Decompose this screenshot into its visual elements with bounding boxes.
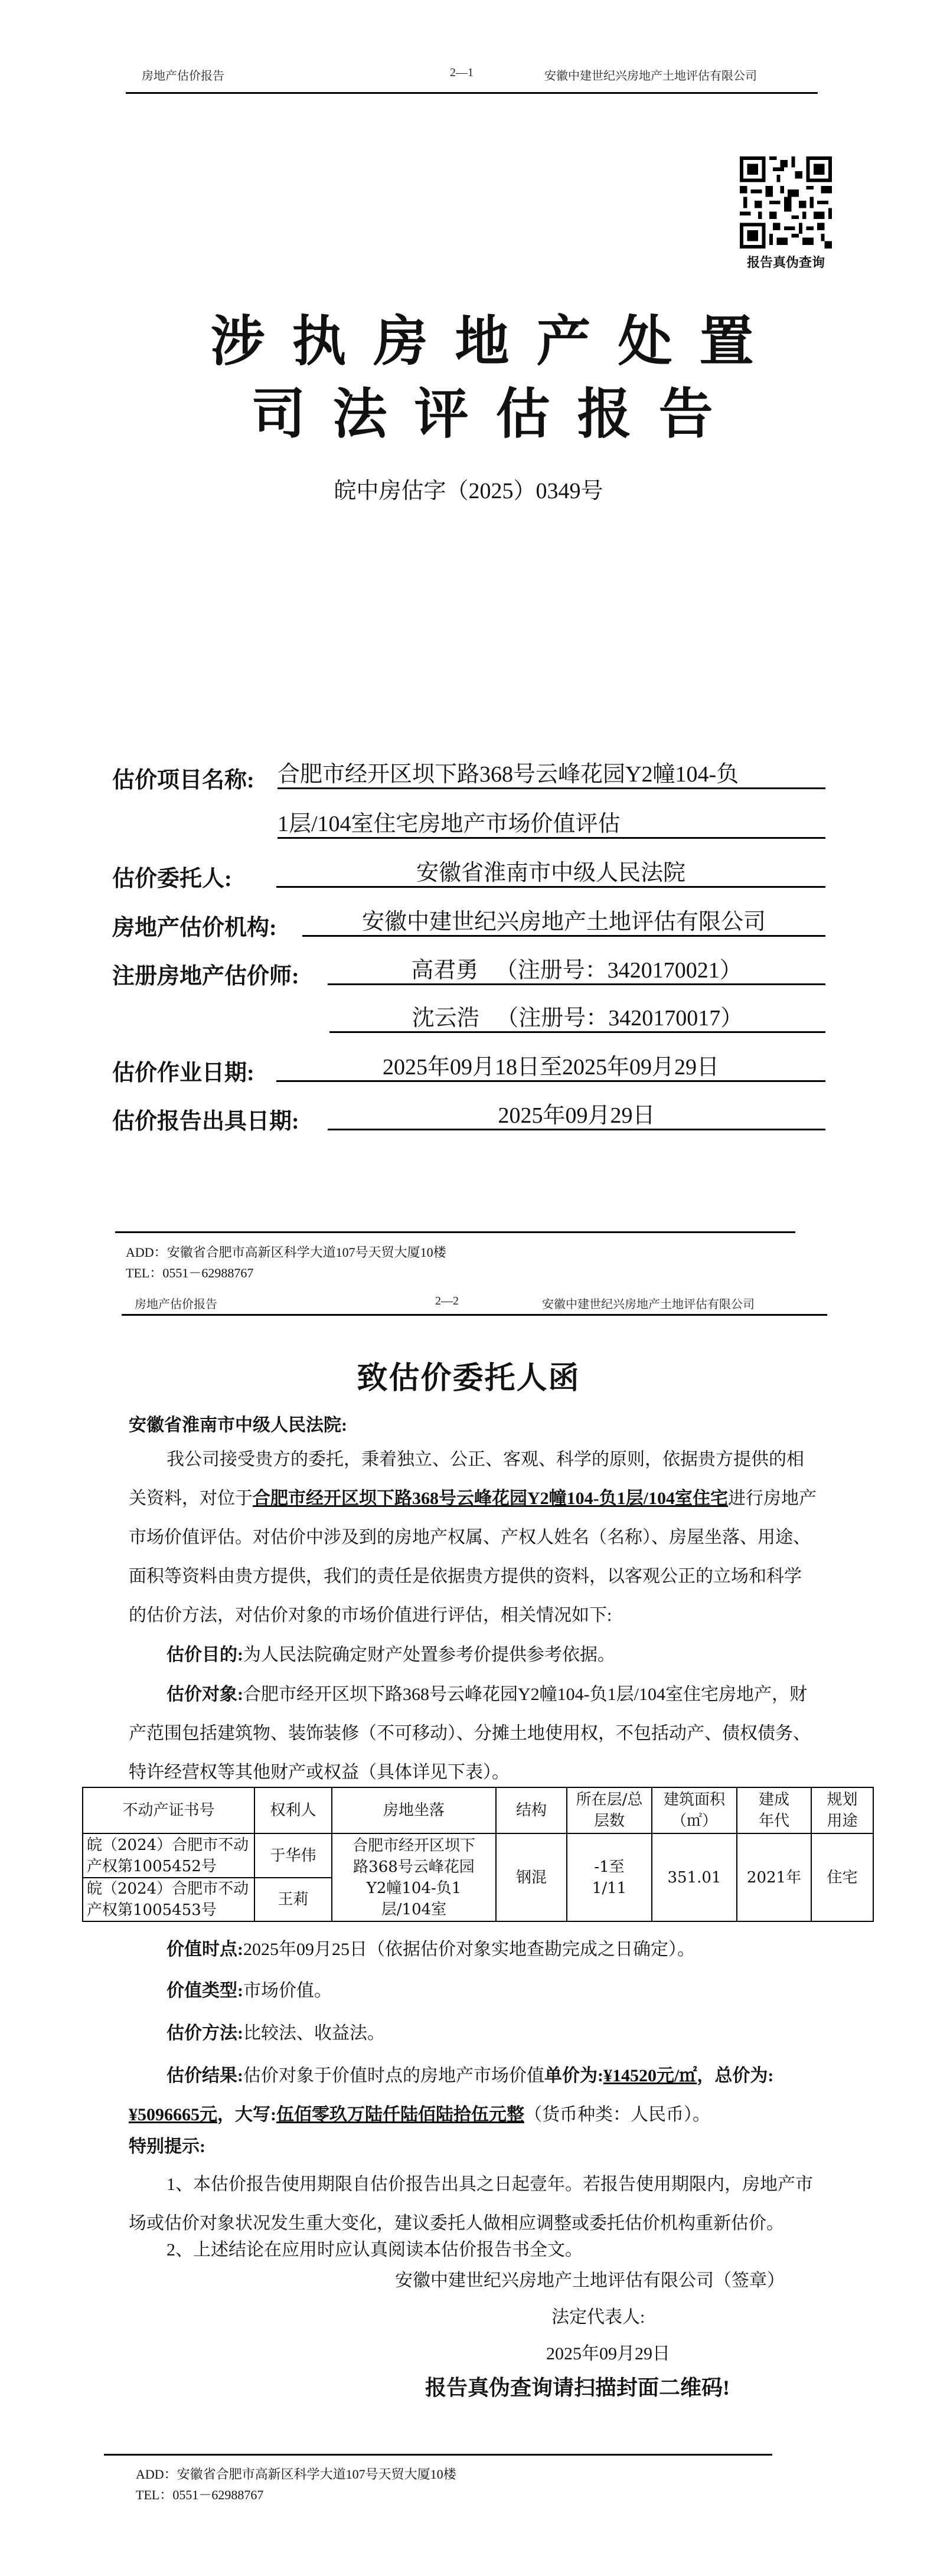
letter-title: 致估价委托人函: [0, 1353, 937, 1397]
owner: 于华伟: [254, 1833, 332, 1878]
project-name-value-line2: 1层/104室住宅房地产市场价值评估: [277, 811, 825, 839]
owner: 王莉: [254, 1878, 332, 1921]
property-table: 不动产证书号 权利人 房地坐落 结构 所在层/总层数 建筑面积（㎡） 建成年代 …: [82, 1787, 874, 1922]
footer-phone: TEL：0551－62988767: [136, 2485, 263, 2503]
client-label: 估价委托人:: [112, 860, 232, 893]
location: 合肥市经开区坝下路368号云峰花园Y2幢104-负1层/104室: [332, 1833, 496, 1921]
col-header: 建成年代: [737, 1787, 811, 1833]
issue-date-label: 估价报告出具日期:: [112, 1103, 299, 1135]
col-header: 权利人: [254, 1787, 332, 1833]
project-name-value-line1: 合肥市经开区坝下路368号云峰花园Y2幢104-负: [277, 761, 825, 789]
area: 351.01: [652, 1833, 737, 1921]
header-rule: [126, 92, 818, 94]
col-header: 规划用途: [811, 1787, 873, 1833]
method-paragraph: 估价方法:比较法、收益法。: [129, 2014, 818, 2053]
cover-title-line2: 司法评估报告: [0, 371, 937, 449]
unit-price: ¥14520元/㎡: [603, 2066, 697, 2085]
work-date-label: 估价作业日期:: [112, 1054, 254, 1087]
footer-address: ADD：安徽省合肥市高新区科学大道107号天贸大厦10楼: [136, 2464, 456, 2483]
appraiser-2: 沈云浩 （注册号：3420170017）: [329, 1005, 825, 1033]
verify-note: 报告真伪查询请扫描封面二维码!: [425, 2371, 730, 2401]
purpose-label: 估价目的:: [166, 1645, 243, 1665]
total-price: ¥5096665元: [129, 2105, 217, 2124]
appraiser-label: 注册房地产估价师:: [112, 957, 299, 990]
purpose-paragraph: 估价目的:为人民法院确定财产处置参考价提供参考依据。: [129, 1636, 818, 1675]
usage: 住宅: [811, 1833, 873, 1921]
cert-number: 皖（2024）合肥市不动产权第1005453号: [83, 1878, 254, 1921]
col-header: 建筑面积（㎡）: [652, 1787, 737, 1833]
structure: 钢混: [496, 1833, 567, 1921]
notice-title: 特别提示:: [129, 2135, 818, 2159]
header-left: 房地产估价报告: [142, 66, 224, 83]
notice-2: 2、上述结论在应用时应认真阅读本估价报告书全文。: [129, 2237, 818, 2263]
result-paragraph: 估价结果:估价对象于价值时点的房地产市场价值单价为:¥14520元/㎡，总价为:…: [129, 2057, 818, 2134]
legal-representative: 法定代表人:: [551, 2302, 645, 2328]
header-company: 安徽中建世纪兴房地产土地评估有限公司: [544, 66, 757, 83]
issue-date-value: 2025年09月29日: [328, 1103, 825, 1130]
col-header: 房地坐落: [332, 1787, 496, 1833]
project-name-label: 估价项目名称:: [112, 761, 254, 794]
qr-code-icon[interactable]: [740, 156, 832, 249]
document-number: 皖中房估字（2025）0349号: [0, 472, 937, 505]
header-left: 房地产估价报告: [135, 1294, 217, 1312]
qr-verify-label: 报告真伪查询: [732, 253, 840, 271]
header-rule: [122, 1314, 827, 1316]
table-row: 皖（2024）合肥市不动产权第1005452号 于华伟 合肥市经开区坝下路368…: [83, 1833, 873, 1878]
property-address: 合肥市经开区坝下路368号云峰花园Y2幢104-负1层/104室住宅: [253, 1489, 728, 1508]
footer-address: ADD：安徽省合肥市高新区科学大道107号天贸大厦10楼: [126, 1243, 446, 1261]
notice-1: 1、本估价报告使用期限自估价报告出具之日起壹年。若报告使用期限内，房地产市场或估…: [129, 2165, 818, 2243]
header-company: 安徽中建世纪兴房地产土地评估有限公司: [542, 1294, 755, 1312]
appraiser-1: 高君勇 （注册号：3420170021）: [328, 957, 825, 985]
col-header: 所在层/总层数: [567, 1787, 652, 1833]
header-page-number: 2—2: [435, 1294, 459, 1308]
header-page-number: 2—1: [450, 66, 474, 80]
agency-label: 房地产估价机构:: [112, 909, 277, 942]
col-header: 不动产证书号: [83, 1787, 254, 1833]
floor: -1至1/11: [567, 1833, 652, 1921]
build-year: 2021年: [737, 1833, 811, 1921]
col-header: 结构: [496, 1787, 567, 1833]
table-header-row: 不动产证书号 权利人 房地坐落 结构 所在层/总层数 建筑面积（㎡） 建成年代 …: [83, 1787, 873, 1833]
cover-title-line1: 涉执房地产处置: [0, 298, 937, 376]
cert-number: 皖（2024）合肥市不动产权第1005452号: [83, 1833, 254, 1878]
footer-phone: TEL：0551－62988767: [126, 1263, 253, 1282]
object-label: 估价对象:: [166, 1685, 243, 1704]
value-date-paragraph: 价值时点:2025年09月25日（依据估价对象实地查勘完成之日确定）。: [129, 1930, 818, 1969]
salutation: 安徽省淮南市中级人民法院:: [129, 1406, 818, 1445]
signature-company: 安徽中建世纪兴房地产土地评估有限公司（签章）: [395, 2266, 785, 2291]
client-value: 安徽省淮南市中级人民法院: [276, 860, 825, 888]
signature-date: 2025年09月29日: [546, 2339, 670, 2365]
object-paragraph: 估价对象:合肥市经开区坝下路368号云峰花园Y2幢104-负1层/104室住宅房…: [129, 1675, 818, 1792]
value-type-paragraph: 价值类型:市场价值。: [129, 1972, 818, 2011]
footer-rule: [115, 1231, 795, 1233]
agency-value: 安徽中建世纪兴房地产土地评估有限公司: [302, 909, 825, 937]
footer-rule: [104, 2454, 772, 2456]
total-price-in-words: 伍佰零玖万陆仟陆佰陆拾伍元整: [276, 2105, 524, 2124]
intro-paragraph: 我公司接受贵方的委托，秉着独立、公正、客观、科学的原则，依据贵方提供的相关资料，…: [129, 1440, 818, 1635]
work-date-value: 2025年09月18日至2025年09月29日: [276, 1054, 825, 1082]
